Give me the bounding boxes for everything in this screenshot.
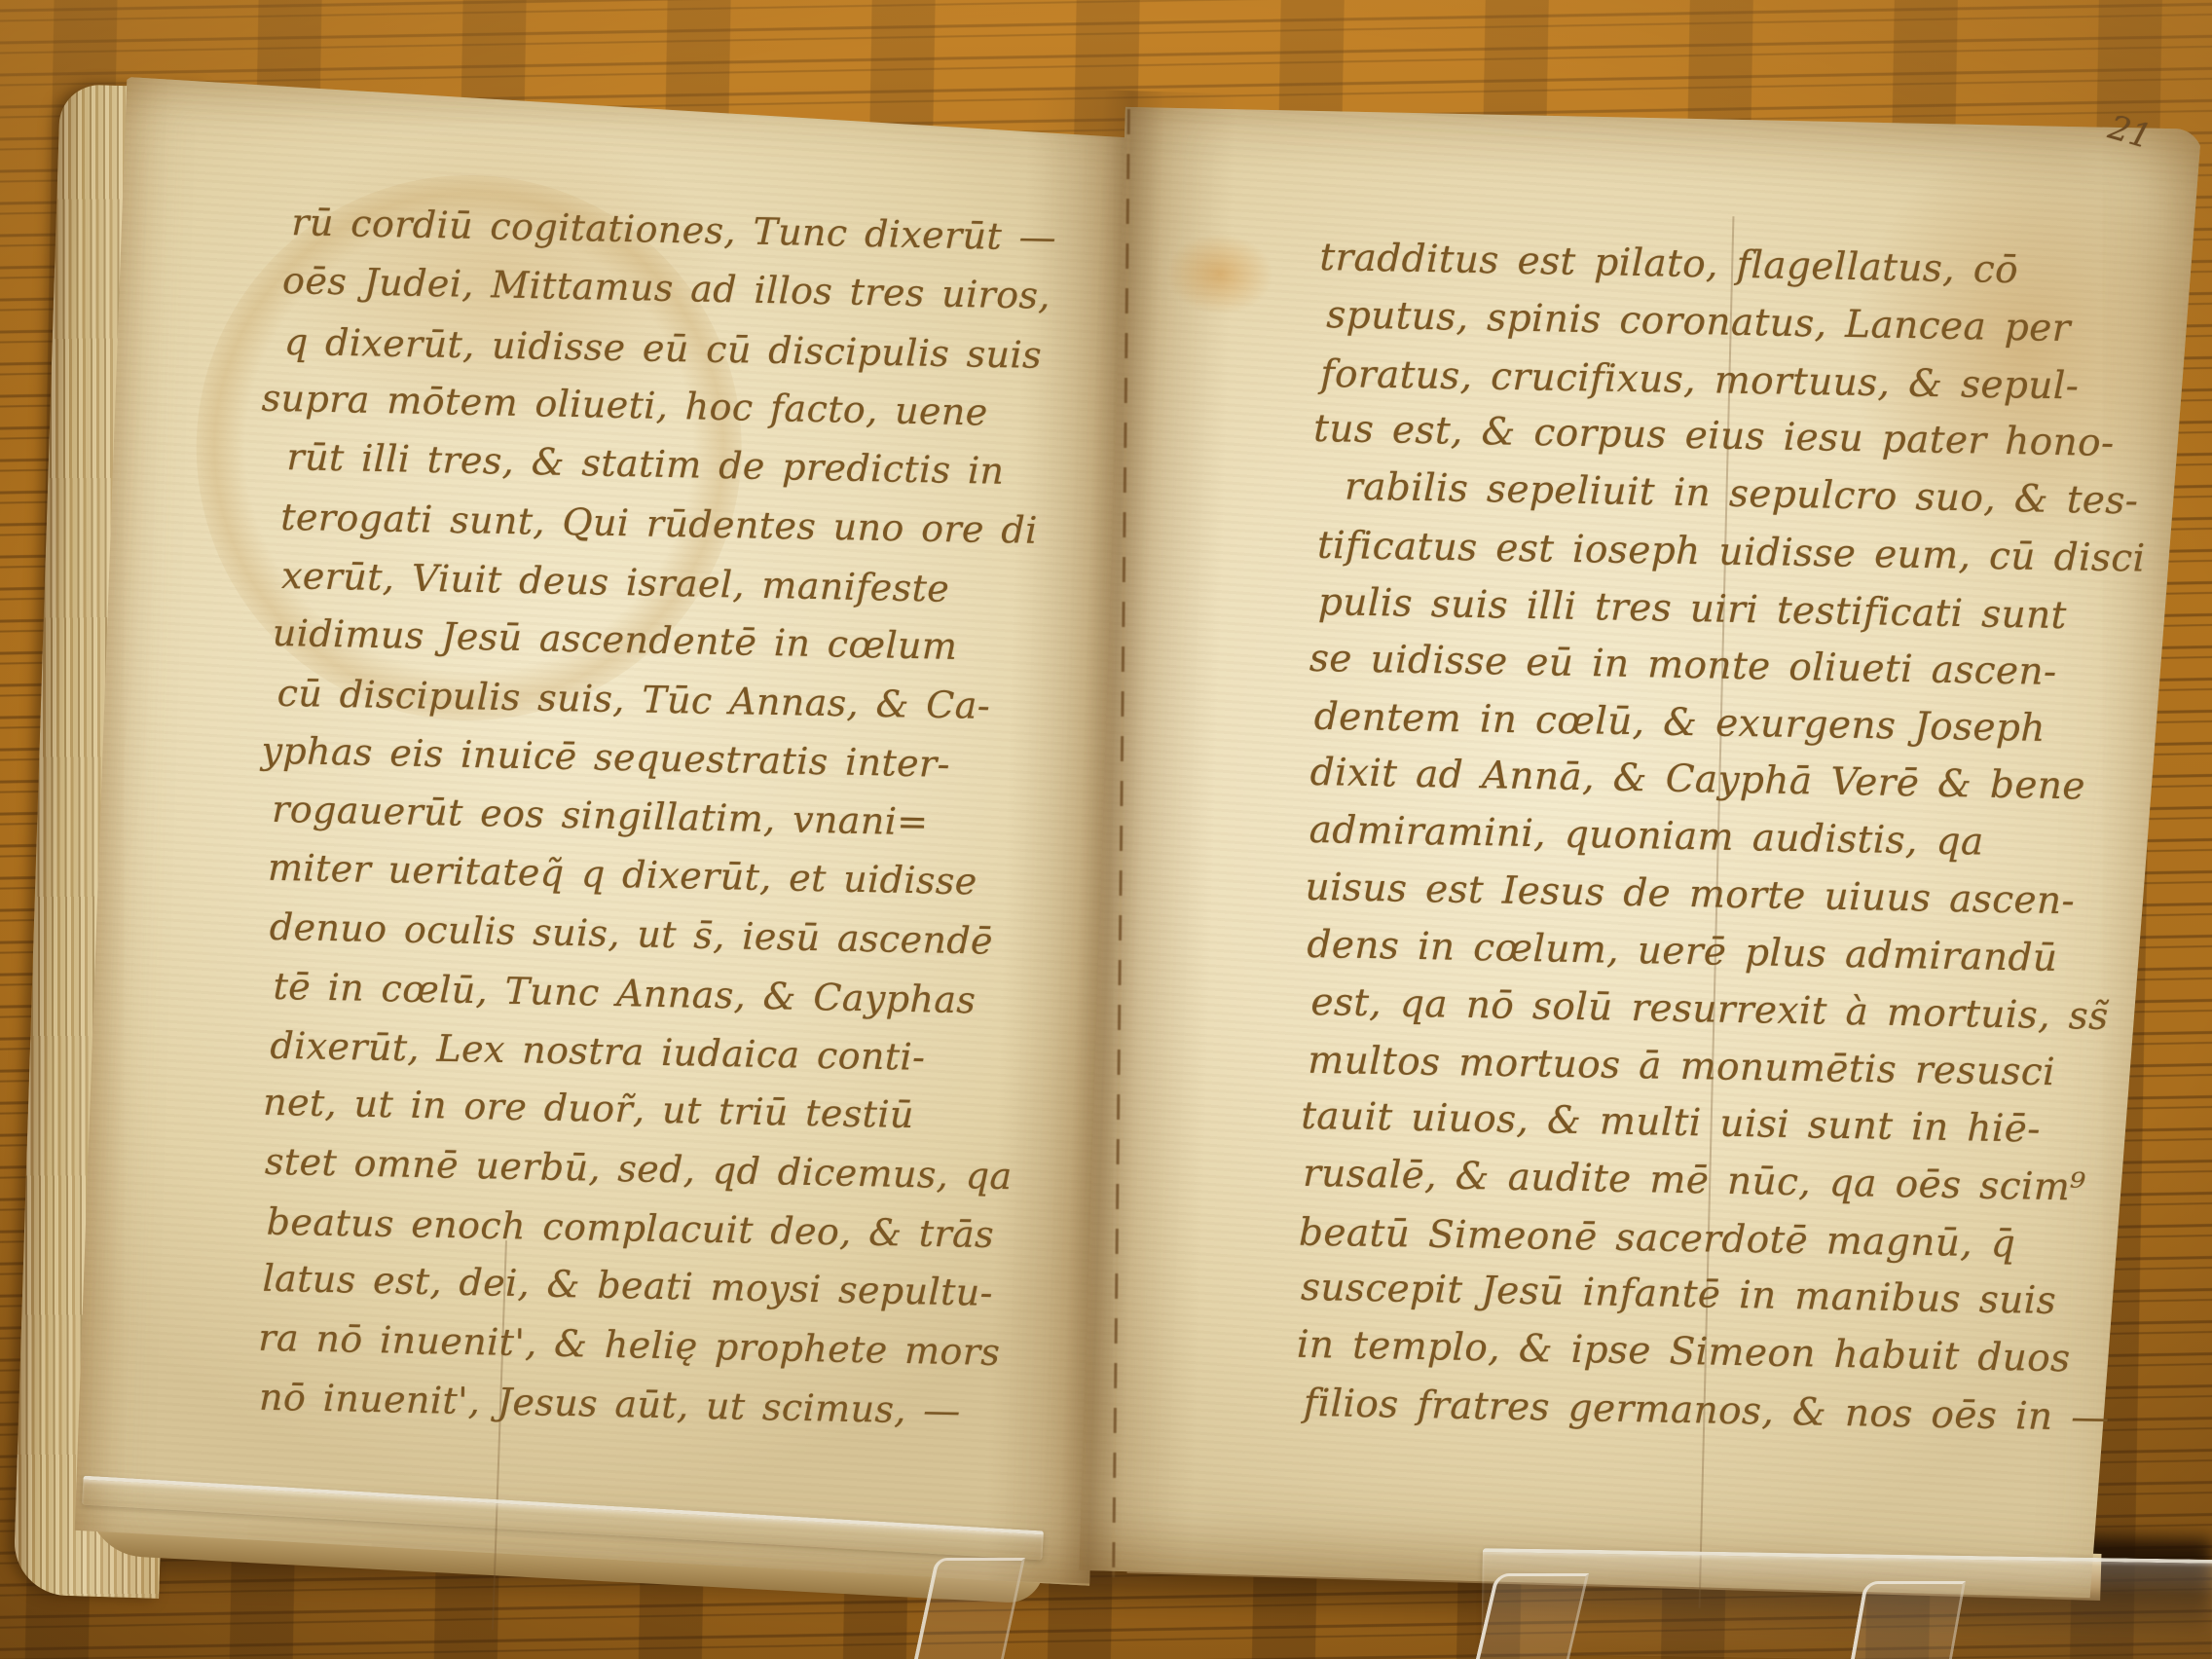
acrylic-holder-leg-right-1 (1476, 1573, 1589, 1659)
acrylic-holder-leg-right-2 (1851, 1581, 1966, 1659)
left-page-text: rū cordiū cogitationes, Tunc dixerūt — o… (260, 193, 1063, 1441)
right-page-text: tradditus est pilato, flagellatus, cō sp… (1298, 230, 2069, 1446)
manuscript-photo: rū cordiū cogitationes, Tunc dixerūt — o… (0, 0, 2212, 1659)
manuscript-line: beatū Simeonē sacerdotē magnū, q̄ (1299, 1204, 2055, 1273)
acrylic-page-holder-bar-right (1481, 1548, 2212, 1659)
